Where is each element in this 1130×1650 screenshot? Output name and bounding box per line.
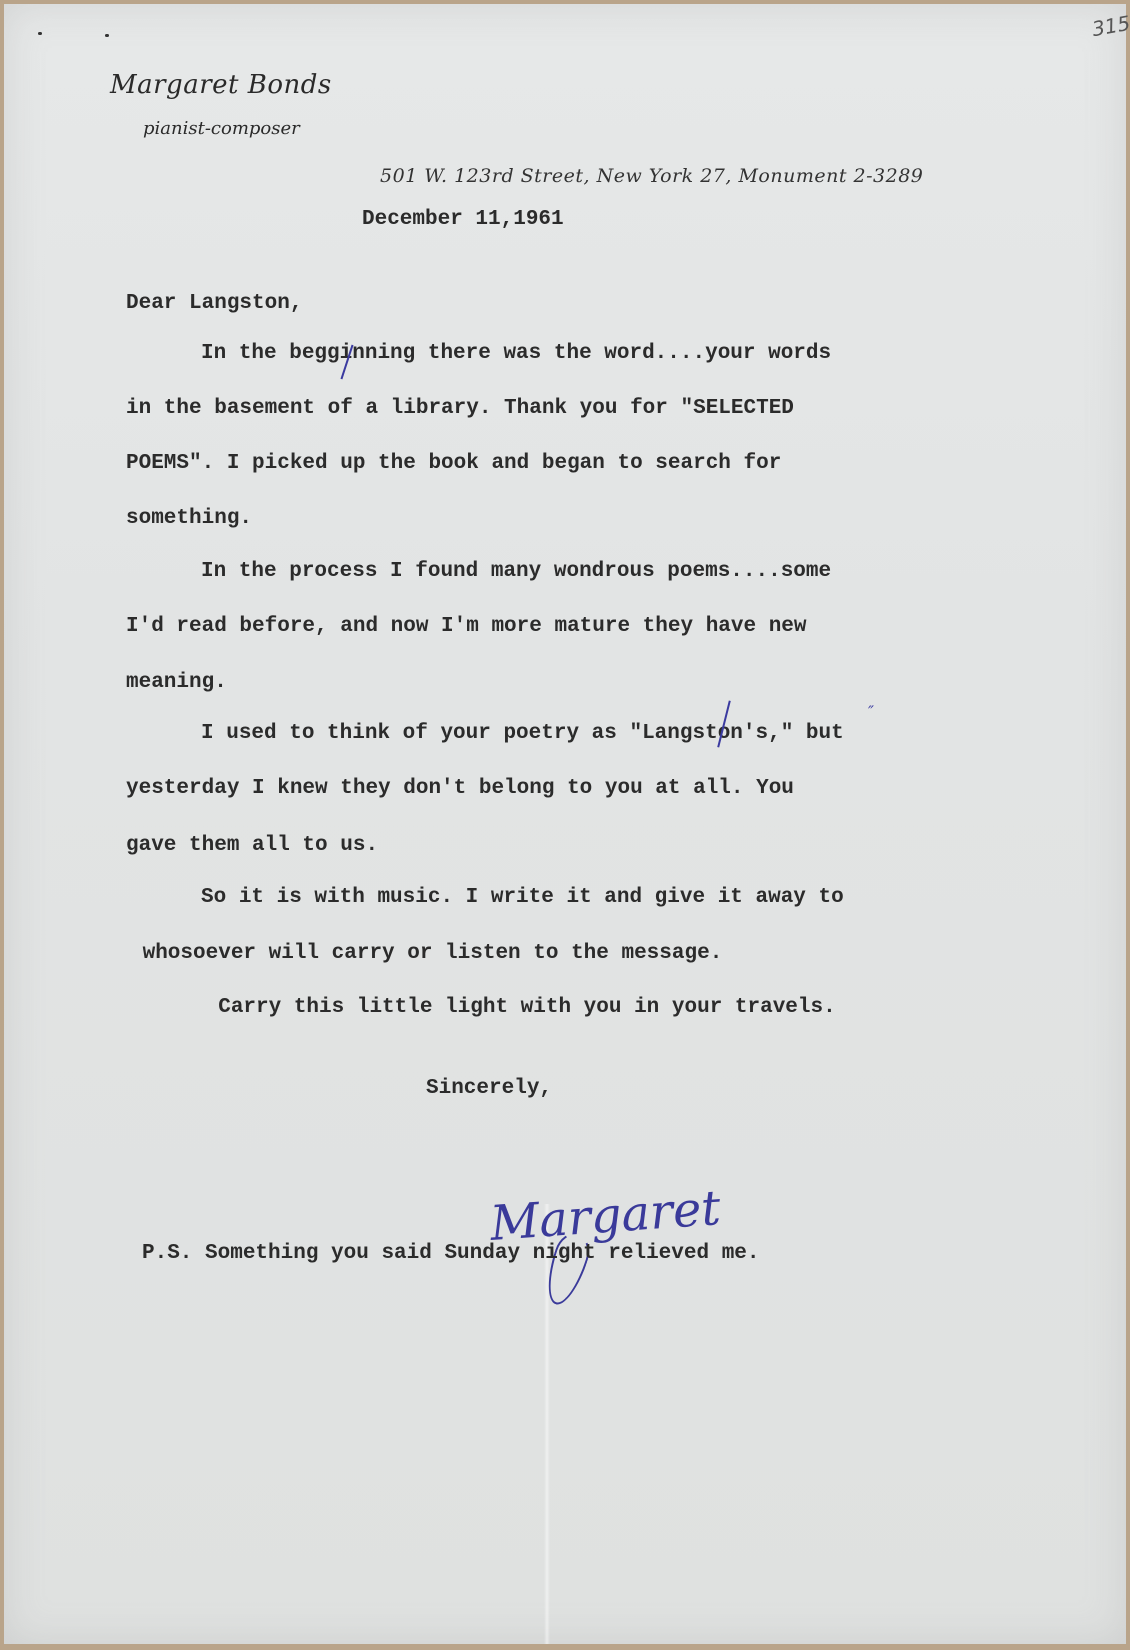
body-line: I used to think of your poetry as "Langs…	[138, 722, 844, 745]
salutation: Dear Langston,	[126, 292, 302, 315]
body-line: in the basement of a library. Thank you …	[126, 397, 794, 420]
pen-quote-mark: ″	[868, 702, 874, 721]
body-line: I'd read before, and now I'm more mature…	[126, 615, 807, 638]
body-line: POEMS". I picked up the book and began t…	[126, 452, 781, 475]
body-line: gave them all to us.	[126, 834, 378, 857]
body-line: Carry this little light with you in your…	[130, 996, 836, 1019]
body-line: So it is with music. I write it and give…	[138, 886, 844, 909]
letterhead-name: Margaret Bonds	[110, 70, 332, 100]
paper-speck	[105, 34, 109, 37]
body-line: whosoever will carry or listen to the me…	[130, 942, 722, 965]
body-line: something.	[126, 507, 252, 530]
letter-date: December 11,1961	[362, 208, 564, 231]
body-line: In the begginning there was the word....…	[138, 342, 831, 365]
postscript: P.S. Something you said Sunday night rel…	[142, 1242, 760, 1265]
body-line: meaning.	[126, 671, 227, 694]
letter-page	[4, 4, 1126, 1644]
letterhead-address: 501 W. 123rd Street, New York 27, Monume…	[380, 165, 923, 187]
body-line: yesterday I knew they don't belong to yo…	[126, 777, 794, 800]
closing: Sincerely,	[426, 1077, 552, 1100]
paper-speck	[38, 32, 42, 35]
body-line: In the process I found many wondrous poe…	[138, 560, 831, 583]
letterhead-title: pianist-composer	[143, 118, 300, 139]
